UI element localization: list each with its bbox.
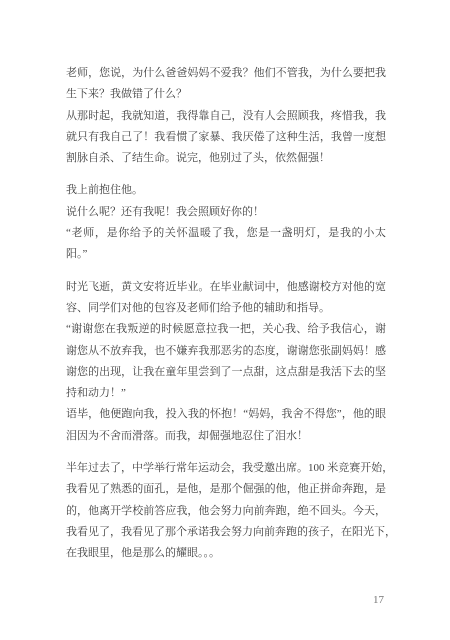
- text-line: 的，他离开学校前答应我，他会努力向前奔跑，绝不回头。今天，: [66, 501, 386, 522]
- paragraph: 说什么呢？还有我呢！我会照顾好你的！: [66, 202, 386, 223]
- text-line: 生下来？我做错了什么？: [66, 84, 386, 105]
- paragraph: 语毕，他便跑向我，投入我的怀抱！“妈妈，我舍不得您”，他的眼泪因为不舍而滑落。而…: [66, 404, 386, 447]
- paragraph: “谢谢您在我叛逆的时候愿意拉我一把，关心我、给予我信心，谢谢您从不放弃我，也不嫌…: [66, 319, 386, 404]
- text-line: 语毕，他便跑向我，投入我的怀抱！“妈妈，我舍不得您”，他的眼: [66, 404, 386, 425]
- text-line: 我上前抱住他。: [66, 180, 386, 201]
- page-body-text: 老师，您说，为什么爸爸妈妈不爱我？他们不管我，为什么要把我生下来？我做错了什么？…: [66, 63, 386, 576]
- paragraph: 时光飞逝，黄文安将近毕业。在毕业献词中，他感谢校方对他的宽容、同学们对他的包容及…: [66, 277, 386, 320]
- text-line: 我看见了熟悉的面孔，是他，是那个倔强的他，他正拼命奔跑，是: [66, 479, 386, 500]
- text-line: 半年过去了，中学举行常年运动会，我受邀出席。100 米竞赛开始，: [66, 458, 386, 479]
- text-line: 从那时起，我就知道，我得靠自己，没有人会照顾我，疼惜我，我: [66, 106, 386, 127]
- paragraph-block: 半年过去了，中学举行常年运动会，我受邀出席。100 米竞赛开始，我看见了熟悉的面…: [66, 458, 386, 564]
- paragraph-block: 我上前抱住他。说什么呢？还有我呢！我会照顾好你的！“老师，是你给予的关怀温暖了我…: [66, 180, 386, 265]
- text-line: 我看见了，我看见了那个承诺我会努力向前奔跑的孩子，在阳光下，: [66, 522, 386, 543]
- text-line: 持和动力！”: [66, 383, 386, 404]
- text-line: 在我眼里，他是那么的耀眼。。。: [66, 543, 386, 564]
- paragraph: 半年过去了，中学举行常年运动会，我受邀出席。100 米竞赛开始，我看见了熟悉的面…: [66, 458, 386, 564]
- document-page: 老师，您说，为什么爸爸妈妈不爱我？他们不管我，为什么要把我生下来？我做错了什么？…: [0, 0, 450, 640]
- text-line: 谢您从不放弃我，也不嫌弃我那恶劣的态度，谢谢您张副妈妈！感: [66, 341, 386, 362]
- text-line: 说什么呢？还有我呢！我会照顾好你的！: [66, 202, 386, 223]
- text-line: 阳。”: [66, 244, 386, 265]
- text-line: 就只有我自己了！我看惯了家暴、我厌倦了这种生活，我曾一度想: [66, 127, 386, 148]
- text-line: 泪因为不舍而滑落。而我，却倔强地忍住了泪水！: [66, 426, 386, 447]
- paragraph: “老师，是你给予的关怀温暖了我，您是一盏明灯，是我的小太阳。”: [66, 223, 386, 266]
- text-line: “谢谢您在我叛逆的时候愿意拉我一把，关心我、给予我信心，谢: [66, 319, 386, 340]
- text-line: 时光飞逝，黄文安将近毕业。在毕业献词中，他感谢校方对他的宽: [66, 277, 386, 298]
- text-line: 容、同学们对他的包容及老师们给予他的辅助和指导。: [66, 298, 386, 319]
- text-line: 谢您的出现，让我在童年里尝到了一点甜，这点甜是我活下去的坚: [66, 362, 386, 383]
- paragraph-block: 老师，您说，为什么爸爸妈妈不爱我？他们不管我，为什么要把我生下来？我做错了什么？…: [66, 63, 386, 169]
- text-line: 割脉自杀、了结生命。说完，他别过了头，依然倔强！: [66, 148, 386, 169]
- text-line: “老师，是你给予的关怀温暖了我，您是一盏明灯，是我的小太: [66, 223, 386, 244]
- paragraph: 老师，您说，为什么爸爸妈妈不爱我？他们不管我，为什么要把我生下来？我做错了什么？: [66, 63, 386, 106]
- text-line: 老师，您说，为什么爸爸妈妈不爱我？他们不管我，为什么要把我: [66, 63, 386, 84]
- paragraph: 我上前抱住他。: [66, 180, 386, 201]
- page-number: 17: [373, 593, 384, 607]
- paragraph: 从那时起，我就知道，我得靠自己，没有人会照顾我，疼惜我，我就只有我自己了！我看惯…: [66, 106, 386, 170]
- paragraph-block: 时光飞逝，黄文安将近毕业。在毕业献词中，他感谢校方对他的宽容、同学们对他的包容及…: [66, 277, 386, 447]
